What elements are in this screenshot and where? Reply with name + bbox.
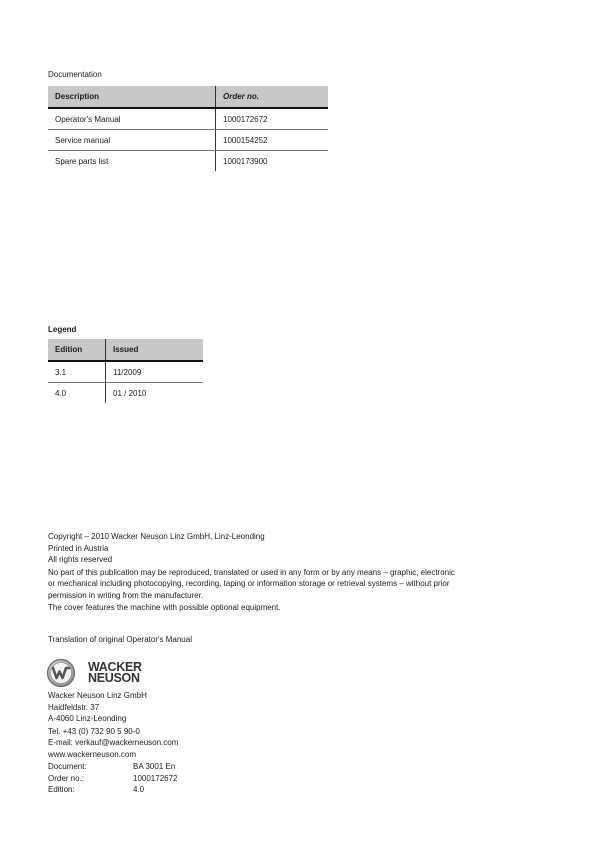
meta-row-edition: Edition: 4.0 [48,784,178,796]
company-name: Wacker Neuson Linz GmbH [48,690,178,702]
table-header-row: Edition Issued [48,339,203,361]
table-header-row: Description Order no. [48,86,328,108]
cell-description: Operator's Manual [48,108,216,130]
cover-note: The cover features the machine with poss… [48,602,455,614]
meta-value: 1000172672 [133,773,178,785]
copyright-block: Copyright – 2010 Wacker Neuson Linz GmbH… [48,531,455,614]
copyright-line: Copyright – 2010 Wacker Neuson Linz GmbH… [48,531,455,543]
documentation-heading: Documentation [48,70,102,79]
table-row: 3.1 11/2009 [48,361,203,383]
table-row: 4.0 01 / 2010 [48,383,203,404]
email: E-mail: verkauf@wackerneuson.com [48,737,178,749]
documentation-table: Description Order no. Operator's Manual … [48,86,328,171]
cell-order-no: 1000173900 [216,151,329,172]
rights-line: All rights reserved [48,554,455,566]
telephone: Tel. +43 (0) 732 90 5 90-0 [48,726,178,738]
logo-wordmark: WACKER NEUSON [88,662,142,684]
translation-note: Translation of original Operator's Manua… [48,635,192,644]
printed-in-line: Printed in Austria [48,543,455,555]
cell-description: Service manual [48,130,216,151]
meta-row-document: Document: BA 3001 En [48,761,178,773]
table-row: Spare parts list 1000173900 [48,151,328,172]
website: www.wackerneuson.com [48,749,178,761]
cell-order-no: 1000172672 [216,108,329,130]
cell-edition: 3.1 [48,361,106,383]
column-header-order-no: Order no. [216,86,329,108]
cell-issued: 01 / 2010 [106,383,204,404]
notice-line: permission in writing from the manufactu… [48,590,455,602]
cell-description: Spare parts list [48,151,216,172]
document-meta: Document: BA 3001 En Order no.: 10001726… [48,761,178,796]
notice-line: or mechanical including photocopying, re… [48,578,455,590]
meta-label: Edition: [48,784,133,796]
legend-table: Edition Issued 3.1 11/2009 4.0 01 / 2010 [48,339,203,403]
meta-value: 4.0 [133,784,144,796]
legend-heading: Legend [48,325,76,334]
cell-edition: 4.0 [48,383,106,404]
table-row: Service manual 1000154252 [48,130,328,151]
column-header-edition: Edition [48,339,106,361]
wacker-neuson-w-logo-icon [46,658,76,688]
cell-issued: 11/2009 [106,361,204,383]
meta-row-order-no: Order no.: 1000172672 [48,773,178,785]
column-header-description: Description [48,86,216,108]
logo-word-neuson: NEUSON [88,673,142,684]
meta-label: Order no.: [48,773,133,785]
cell-order-no: 1000154252 [216,130,329,151]
meta-value: BA 3001 En [133,761,175,773]
wacker-neuson-logo: WACKER NEUSON [46,658,156,686]
meta-label: Document: [48,761,133,773]
address-block: Wacker Neuson Linz GmbH Haidfeldstr. 37 … [48,690,178,796]
notice-line: No part of this publication may be repro… [48,567,455,579]
table-row: Operator's Manual 1000172672 [48,108,328,130]
reproduction-notice: No part of this publication may be repro… [48,567,455,602]
city: A-4060 Linz-Leonding [48,713,178,725]
column-header-issued: Issued [106,339,204,361]
street: Haidfeldstr. 37 [48,702,178,714]
